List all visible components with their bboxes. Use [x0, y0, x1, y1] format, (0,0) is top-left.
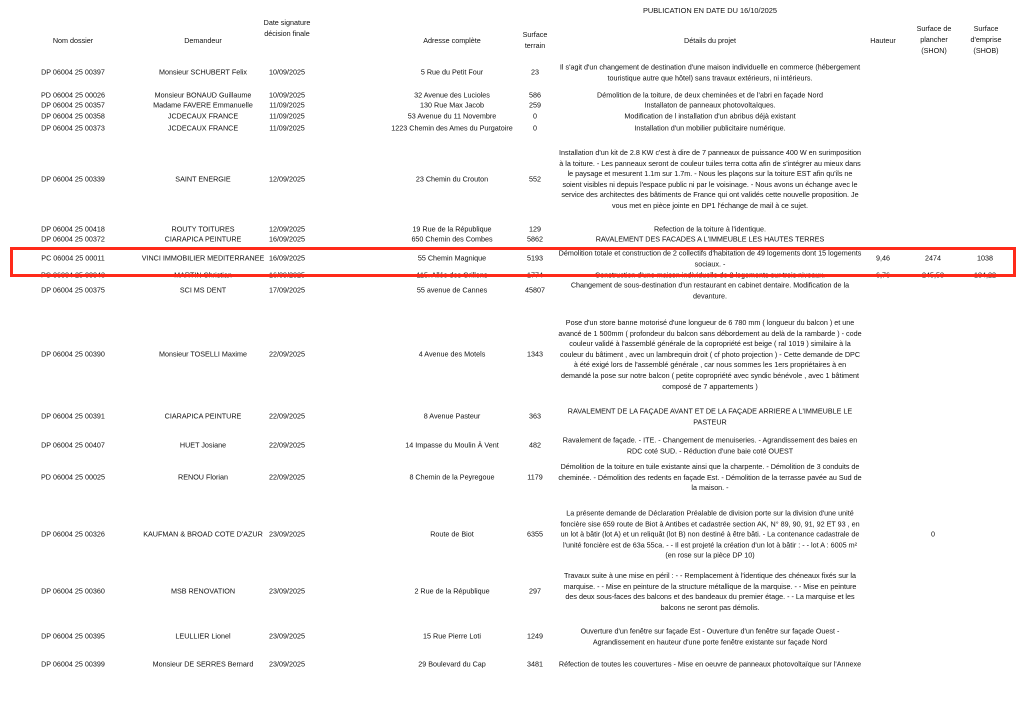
cell-surface-terrain: 1249	[510, 632, 560, 643]
cell-date: 23/09/2025	[242, 632, 332, 643]
cell-details: Ouverture d'un fenêtre sur façade Est - …	[558, 626, 862, 647]
cell-nom-dossier: DP 06004 25 00358	[18, 112, 128, 123]
cell-nom-dossier: DP 06004 25 00372	[18, 235, 128, 246]
cell-surface-terrain: 259	[510, 101, 560, 112]
cell-date: 23/09/2025	[242, 660, 332, 671]
cell-nom-dossier: PD 06004 25 00026	[18, 91, 128, 102]
cell-surface-terrain: 1179	[510, 473, 560, 484]
cell-nom-dossier: DP 06004 25 00373	[18, 124, 128, 135]
cell-date: 10/09/2025	[242, 91, 332, 102]
cell-date: 22/09/2025	[242, 350, 332, 361]
cell-details: Démolition totale et construction de 2 c…	[558, 248, 862, 269]
cell-date: 23/09/2025	[242, 530, 332, 541]
cell-details: Modification de l installation d'un abri…	[558, 112, 862, 123]
cell-nom-dossier: DP 06004 25 00395	[18, 632, 128, 643]
cell-date: 23/09/2025	[242, 587, 332, 598]
cell-date: 22/09/2025	[242, 412, 332, 423]
cell-shon: 2474	[908, 254, 958, 265]
cell-details: RAVALEMENT DE LA FAÇADE AVANT ET DE LA F…	[558, 406, 862, 427]
cell-details: Démolition de la toiture, de deux chemin…	[558, 91, 862, 102]
cell-date: 11/09/2025	[242, 124, 332, 135]
cell-surface-terrain: 297	[510, 587, 560, 598]
cell-date: 16/09/2025	[242, 235, 332, 246]
cell-details: RAVALEMENT DES FACADES A L'IMMEUBLE LES …	[558, 235, 862, 246]
cell-surface-terrain: 23	[510, 68, 560, 79]
header-date: Date signature décision finale	[252, 17, 322, 57]
header-hauteur: Hauteur	[860, 35, 906, 46]
header-shob: Surface d'emprise (SHOB)	[962, 23, 1010, 56]
cell-date: 22/09/2025	[242, 473, 332, 484]
cell-surface-terrain: 6355	[510, 530, 560, 541]
cell-nom-dossier: DP 06004 25 00360	[18, 587, 128, 598]
cell-surface-terrain: 0	[510, 124, 560, 135]
cell-details: Il s'agit d'un changement de destination…	[558, 62, 862, 83]
cell-surface-terrain: 482	[510, 441, 560, 452]
cell-details: Installaton de panneaux photovoltaïques.	[558, 101, 862, 112]
cell-details: Refection de la toiture à l'identique.	[558, 225, 862, 236]
cell-details: Installation d'un mobilier publicitaire …	[558, 124, 862, 135]
cell-surface-terrain: 1343	[510, 350, 560, 361]
cell-nom-dossier: DP 06004 25 00375	[18, 286, 128, 297]
cell-date: 12/09/2025	[242, 225, 332, 236]
header-surface-terrain: Surface terrain	[515, 29, 555, 51]
cell-hauteur: 6,76	[860, 271, 906, 282]
cell-shon: 0	[908, 530, 958, 541]
cell-nom-dossier: PC 06004 25 00043	[18, 271, 128, 282]
cell-shob: 1038	[960, 254, 1010, 265]
cell-surface-terrain: 1774	[510, 271, 560, 282]
cell-date: 16/09/2025	[242, 271, 332, 282]
header-details: Détails du projet	[558, 35, 862, 46]
cell-date: 16/09/2025	[242, 254, 332, 265]
cell-nom-dossier: DP 06004 25 00326	[18, 530, 128, 541]
cell-shon: 245,58	[908, 271, 958, 282]
cell-surface-terrain: 0	[510, 112, 560, 123]
cell-nom-dossier: DP 06004 25 00397	[18, 68, 128, 79]
cell-nom-dossier: DP 06004 25 00407	[18, 441, 128, 452]
publication-title: PUBLICATION EN DATE DU 16/10/2025	[560, 6, 860, 15]
cell-surface-terrain: 129	[510, 225, 560, 236]
cell-date: 22/09/2025	[242, 441, 332, 452]
cell-date: 12/09/2025	[242, 175, 332, 186]
cell-details: Changement de sous-destination d'un rest…	[558, 280, 862, 301]
cell-surface-terrain: 5862	[510, 235, 560, 246]
cell-date: 17/09/2025	[242, 286, 332, 297]
cell-surface-terrain: 363	[510, 412, 560, 423]
cell-nom-dossier: PD 06004 25 00025	[18, 473, 128, 484]
cell-details: Pose d'un store banne motorisé d'une lon…	[558, 318, 862, 392]
cell-date: 11/09/2025	[242, 101, 332, 112]
cell-nom-dossier: DP 06004 25 00339	[18, 175, 128, 186]
cell-details: Travaux suite à une mise en péril : - - …	[558, 571, 862, 613]
cell-details: La présente demande de Déclaration Préal…	[558, 509, 862, 562]
cell-surface-terrain: 552	[510, 175, 560, 186]
cell-date: 10/09/2025	[242, 68, 332, 79]
cell-nom-dossier: PC 06004 25 00011	[18, 254, 128, 265]
cell-surface-terrain: 586	[510, 91, 560, 102]
cell-details: Réfection de toutes les couvertures - Mi…	[558, 660, 862, 671]
cell-surface-terrain: 45807	[510, 286, 560, 297]
header-nom-dossier: Nom dossier	[18, 35, 128, 46]
cell-nom-dossier: DP 06004 25 00357	[18, 101, 128, 112]
cell-details: Ravalement de façade. - ITE. - Changemen…	[558, 435, 862, 456]
cell-date: 11/09/2025	[242, 112, 332, 123]
cell-details: Installation d'un kit de 2.8 KW c'est à …	[558, 148, 862, 212]
cell-surface-terrain: 5193	[510, 254, 560, 265]
cell-nom-dossier: DP 06004 25 00399	[18, 660, 128, 671]
cell-nom-dossier: DP 06004 25 00391	[18, 412, 128, 423]
cell-nom-dossier: DP 06004 25 00390	[18, 350, 128, 361]
cell-surface-terrain: 3481	[510, 660, 560, 671]
cell-details: Démolition de la toiture en tuile exista…	[558, 462, 862, 494]
cell-nom-dossier: DP 06004 25 00418	[18, 225, 128, 236]
cell-shob: 184,22	[960, 271, 1010, 282]
header-shon: Surface de plancher (SHON)	[910, 23, 958, 56]
cell-hauteur: 9,46	[860, 254, 906, 265]
